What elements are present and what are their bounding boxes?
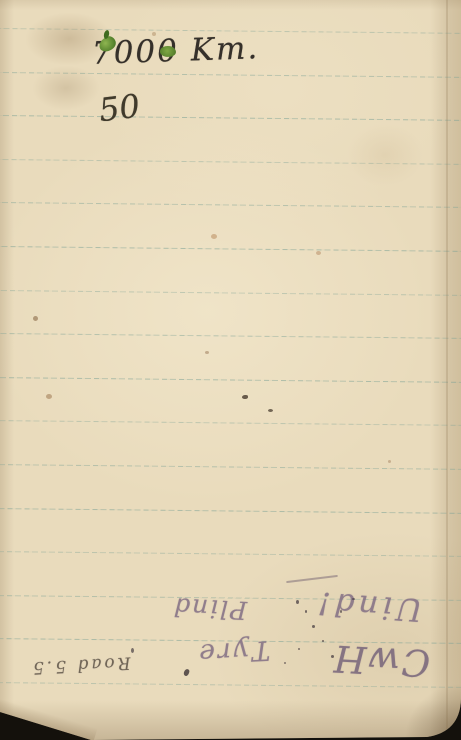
ruled-line (0, 420, 461, 426)
pencil-smudge (340, 610, 342, 613)
pencil-smudge (352, 598, 355, 600)
foxing-speck (46, 394, 52, 399)
foxing-speck (33, 316, 38, 321)
handwriting-inverted-lower-right: CwH (331, 639, 431, 681)
stain-mid-right (330, 110, 440, 200)
handwriting-inverted-corner: Road 5.5 (30, 653, 131, 675)
pencil-smudge (322, 640, 324, 642)
handwriting-inverted-upper-right: Uind! (313, 586, 423, 624)
ink-fleck (268, 409, 273, 412)
pencil-smudge (331, 655, 334, 658)
pencil-smudge (298, 648, 300, 650)
ruled-line (0, 333, 461, 339)
pencil-smudge (305, 610, 307, 613)
ruled-line (0, 508, 461, 514)
foxing-speck (388, 460, 391, 463)
foxing-speck (316, 251, 321, 255)
ruled-line (0, 551, 461, 557)
ruled-line (0, 682, 461, 688)
ruled-line (0, 377, 461, 383)
ruled-line (0, 290, 461, 296)
ruled-line (0, 246, 461, 252)
ruled-line (0, 464, 461, 470)
ruled-line (0, 202, 461, 208)
pencil-smudge (296, 600, 299, 604)
notebook-page-scan: 7000 Km. 50 Plind Uind! Tyre CwH Road 5.… (0, 0, 461, 740)
foxing-speck (211, 234, 217, 239)
pencil-smudge (284, 662, 286, 664)
pencil-smudge (312, 625, 315, 628)
pencil-smudge (131, 648, 134, 653)
handwriting-number: 50 (97, 90, 141, 127)
ink-fleck (242, 395, 248, 399)
handwriting-inverted-upper-left: Plind (171, 594, 247, 623)
foxing-speck (205, 351, 209, 354)
handwriting-inverted-lower-left: Tyre (195, 636, 270, 667)
